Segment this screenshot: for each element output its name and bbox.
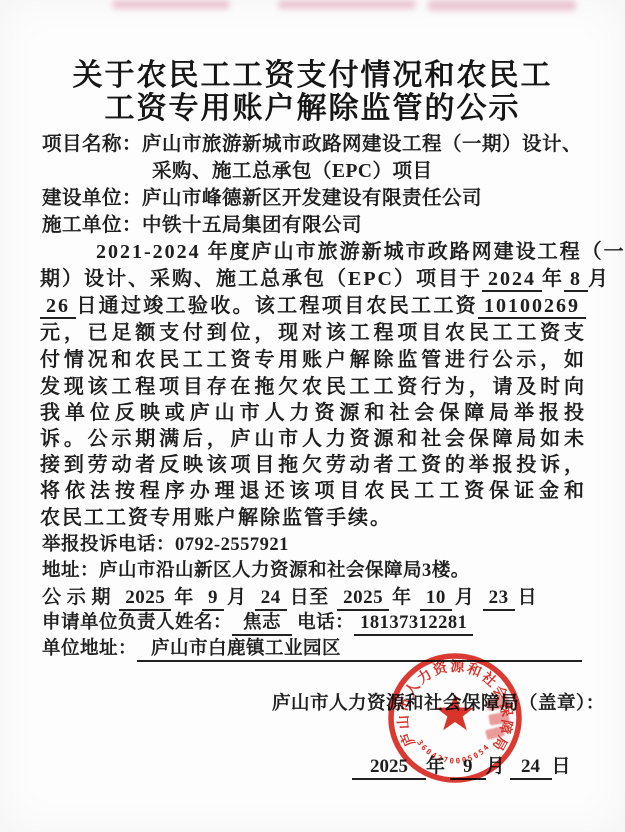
unit-address-underlined: 庐山市白鹿镇工业园区 xyxy=(137,638,582,662)
paragraph-line: 接到劳动者反映该项目拖欠劳动者工资的举报投诉， xyxy=(40,452,586,479)
period-sep: 日至 xyxy=(290,587,329,608)
wage-amount-underlined: 10100269 xyxy=(478,295,586,319)
period-sep: 月 xyxy=(455,587,475,608)
top-stamp-remnant xyxy=(278,0,416,9)
hotline-line: 举报投诉电话：0792-2557921 xyxy=(42,533,587,558)
period-label: 公 示 期 xyxy=(42,587,111,608)
period-end-month-underlined: 10 xyxy=(420,587,452,611)
period-sep: 年 xyxy=(174,587,194,608)
applicant-phone-label: 电话： xyxy=(297,613,354,633)
paragraph-line: 付情况和农民工工资专用账户解除监管进行公示，如 xyxy=(40,347,586,374)
paragraph-line: 2021-2024 年度庐山市旅游新城市政路网建设工程（一 xyxy=(40,239,586,266)
period-sep: 月 xyxy=(227,587,247,608)
period-end-day-underlined: 23 xyxy=(483,587,515,611)
completion-day-underlined: 26 xyxy=(40,295,76,319)
hotline-label: 举报投诉电话： xyxy=(42,535,175,555)
period-sep: 年 xyxy=(392,587,412,608)
stamp-date-year-underlined: 2025 xyxy=(352,756,426,780)
paragraph-text: 年 xyxy=(542,268,564,290)
unit-address-label: 单位地址： xyxy=(42,639,137,659)
completion-year-underlined: 2024 xyxy=(482,268,542,292)
period-start-month-underlined: 9 xyxy=(202,587,224,611)
hotline-number: 0792-2557921 xyxy=(175,535,289,555)
period-end-year-underlined: 2025 xyxy=(337,587,389,611)
paragraph-text: 期）设计、采购、施工总承包（EPC）项目于 xyxy=(40,268,482,290)
project-name-value-2: 采购、施工总承包（EPC）项目 xyxy=(42,159,625,185)
stamp-date-line: 2025年 9月 24日 xyxy=(352,751,571,780)
paragraph-line: 将依法按程序办理退还该项目农民工工资保证金和 xyxy=(40,478,586,505)
paragraph-text: 月 xyxy=(588,268,610,290)
paragraph-line: 期）设计、采购、施工总承包（EPC）项目于2024年8月 xyxy=(40,266,586,293)
project-name-line: 项目名称：庐山市旅游新城市政路网建设工程（一期）设计、 xyxy=(42,132,587,158)
project-name-label: 项目名称： xyxy=(42,134,142,155)
period-sep: 日 xyxy=(518,587,538,608)
stamp-date-day-underlined: 24 xyxy=(510,756,552,780)
project-name-value-1: 庐山市旅游新城市政路网建设工程（一期）设计、 xyxy=(142,134,582,155)
builder-line: 建设单位：庐山市峰德新区开发建设有限责任公司 xyxy=(42,186,587,212)
period-start-day-underlined: 24 xyxy=(255,587,287,611)
notice-period-line: 公 示 期 2025年 9月 24日至 2025年 10月 23日 xyxy=(42,585,587,611)
paragraph-line: 农民工工资专用账户解除监管手续。 xyxy=(40,505,586,532)
stamp-date-sep: 日 xyxy=(552,756,571,777)
completion-month-underlined: 8 xyxy=(564,268,588,292)
applicant-phone-underlined: 18137312281 xyxy=(354,612,473,636)
builder-label: 建设单位： xyxy=(42,188,142,209)
address-label: 地址： xyxy=(42,561,99,581)
paragraph-line: 我单位反映或庐山市人力资源和社会保障局举报投 xyxy=(40,400,586,427)
paragraph-line: 诉。公示期满后，庐山市人力资源和社会保障局如未 xyxy=(40,426,586,453)
applicant-name-underlined: 焦志 xyxy=(232,612,292,636)
stamp-date-sep: 年 xyxy=(426,756,445,777)
stamp-authority-line: 庐山市人力资源和社会保障局（盖章）： xyxy=(272,689,605,715)
unit-address-line: 单位地址：庐山市白鹿镇工业园区 xyxy=(42,637,587,662)
page-title-line-2: 工资专用账户解除监管的公示 xyxy=(0,93,625,125)
paragraph-text: 日通过竣工验收。该工程项目农民工工资 xyxy=(76,295,478,317)
period-start-year-underlined: 2025 xyxy=(119,587,171,611)
applicant-line: 申请单位负责人姓名：焦志 电话：18137312281 xyxy=(42,611,587,636)
applicant-name-label: 申请单位负责人姓名： xyxy=(42,613,232,633)
contractor-line: 施工单位：中铁十五局集团有限公司 xyxy=(42,213,587,239)
top-stamp-remnant xyxy=(112,0,230,9)
stamp-date-month-underlined: 9 xyxy=(450,756,486,780)
address-value: 庐山市沿山新区人力资源和社会保障局3楼。 xyxy=(99,561,470,581)
stamp-date-sep: 月 xyxy=(486,756,505,777)
paragraph-line: 元，已足额支付到位，现对该工程项目农民工工资支 xyxy=(40,320,586,347)
contractor-label: 施工单位： xyxy=(42,215,142,236)
top-stamp-remnant xyxy=(428,0,576,11)
scanned-notice-document: 关于农民工工资支付情况和农民工 工资专用账户解除监管的公示 项目名称：庐山市旅游… xyxy=(0,0,625,832)
paragraph-line: 26日通过竣工验收。该工程项目农民工工资10100269 xyxy=(40,293,586,320)
page-title-line-1: 关于农民工工资支付情况和农民工 xyxy=(0,60,625,92)
address-line: 地址：庐山市沿山新区人力资源和社会保障局3楼。 xyxy=(42,559,587,584)
contractor-value: 中铁十五局集团有限公司 xyxy=(142,215,362,236)
builder-value: 庐山市峰德新区开发建设有限责任公司 xyxy=(142,188,482,209)
paragraph-line: 发现该工程项目存在拖欠农民工工资行为，请及时向 xyxy=(40,374,586,401)
